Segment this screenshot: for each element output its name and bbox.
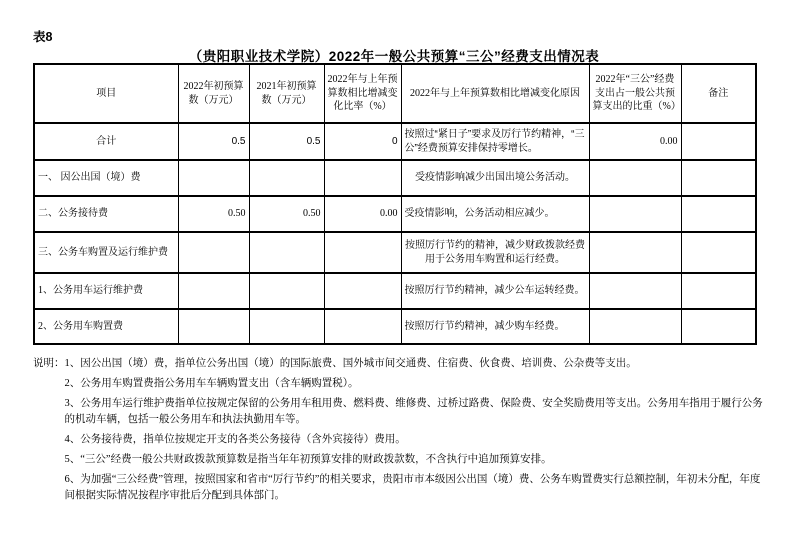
cell-budget-2021 [249, 232, 324, 273]
notes-label: 说明： [33, 356, 65, 371]
table-row-abroad-fee: 一、 因公出国（境）费 受疫情影响减少出国出境公务活动。 [34, 160, 756, 196]
column-header-item: 项目 [34, 64, 178, 123]
cell-share [589, 160, 681, 196]
cell-budget-2022 [178, 309, 249, 344]
cell-change-ratio [324, 309, 401, 344]
table-row-reception-fee: 二、公务接待费 0.50 0.50 0.00 受疫情影响，公务活动相应减少。 [34, 196, 756, 232]
table-row-vehicle-maintenance: 1、公务用车运行维护费 按照厉行节约精神，减少公车运转经费。 [34, 273, 756, 309]
cell-remark [681, 309, 756, 344]
cell-change-reason: 按照厉行节约精神，减少购车经费。 [401, 309, 589, 344]
cell-share [589, 232, 681, 273]
cell-item: 三、公务车购置及运行维护费 [34, 232, 178, 273]
cell-share: 0.00 [589, 123, 681, 160]
table-row-vehicle-total: 三、公务车购置及运行维护费 按照厉行节约的精神，减少财政拨款经费用于公务用车购置… [34, 232, 756, 273]
note-item-4: 4、公务接待费，指单位按规定开支的各类公务接待（含外宾接待）费用。 [65, 432, 764, 447]
note-item-3: 3、公务用车运行维护费指单位按规定保留的公务用车租用费、燃料费、维修费、过桥过路… [65, 396, 764, 426]
cell-change-ratio: 0 [324, 123, 401, 160]
cell-change-ratio [324, 160, 401, 196]
cell-remark [681, 273, 756, 309]
table-number-label: 表8 [33, 27, 52, 45]
cell-share [589, 196, 681, 232]
cell-remark [681, 196, 756, 232]
budget-table: 项目 2022年初预算数（万元） 2021年初预算数（万元） 2022年与上年预… [33, 63, 757, 345]
cell-item: 2、公务用车购置费 [34, 309, 178, 344]
column-header-budget-2022: 2022年初预算数（万元） [178, 64, 249, 123]
column-header-change-ratio: 2022年与上年预算数相比增减变化比率（%） [324, 64, 401, 123]
cell-budget-2021 [249, 273, 324, 309]
cell-item: 一、 因公出国（境）费 [34, 160, 178, 196]
cell-share [589, 273, 681, 309]
cell-change-ratio [324, 232, 401, 273]
cell-change-reason: 按照厉行节约精神，减少公车运转经费。 [401, 273, 589, 309]
cell-budget-2022 [178, 273, 249, 309]
note-item-6: 6、为加强“三公经费”管理，按照国家和省市“厉行节约”的相关要求，贵阳市市本级因… [65, 472, 764, 502]
cell-share [589, 309, 681, 344]
column-header-change-reason: 2022年与上年预算数相比增减变化原因 [401, 64, 589, 123]
cell-item: 合计 [34, 123, 178, 160]
cell-budget-2022: 0.5 [178, 123, 249, 160]
cell-change-ratio [324, 273, 401, 309]
cell-budget-2022: 0.50 [178, 196, 249, 232]
cell-budget-2021 [249, 309, 324, 344]
note-item-1: 1、因公出国（境）费，指单位公务出国（境）的国际旅费、国外城市间交通费、住宿费、… [65, 356, 764, 371]
cell-change-ratio: 0.00 [324, 196, 401, 232]
table-row-total: 合计 0.5 0.5 0 按照过“紧日子”要求及厉行节约精神，“三公”经费预算安… [34, 123, 756, 160]
cell-remark [681, 232, 756, 273]
table-header-row: 项目 2022年初预算数（万元） 2021年初预算数（万元） 2022年与上年预… [34, 64, 756, 123]
cell-budget-2021: 0.50 [249, 196, 324, 232]
column-header-remark: 备注 [681, 64, 756, 123]
cell-budget-2022 [178, 232, 249, 273]
cell-budget-2022 [178, 160, 249, 196]
cell-remark [681, 123, 756, 160]
page-title: （贵阳职业技术学院）2022年一般公共预算“三公”经费支出情况表 [33, 45, 755, 65]
document-page: 表8 （贵阳职业技术学院）2022年一般公共预算“三公”经费支出情况表 项目 2… [0, 0, 785, 555]
cell-item: 二、公务接待费 [34, 196, 178, 232]
column-header-budget-2021: 2021年初预算数（万元） [249, 64, 324, 123]
cell-budget-2021: 0.5 [249, 123, 324, 160]
notes-section: 说明： 1、因公出国（境）费，指单位公务出国（境）的国际旅费、国外城市间交通费、… [33, 356, 763, 508]
cell-change-reason: 按照过“紧日子”要求及厉行节约精神，“三公”经费预算安排保持零增长。 [401, 123, 589, 160]
cell-budget-2021 [249, 160, 324, 196]
cell-change-reason: 受疫情影响减少出国出境公务活动。 [401, 160, 589, 196]
note-item-5: 5、“三公”经费一般公共财政拨款预算数是指当年年初预算安排的财政拨款数，不含执行… [65, 452, 764, 467]
cell-item: 1、公务用车运行维护费 [34, 273, 178, 309]
cell-change-reason: 按照厉行节约的精神，减少财政拨款经费用于公务用车购置和运行经费。 [401, 232, 589, 273]
note-item-2: 2、公务用车购置费指公务用车车辆购置支出（含车辆购置税）。 [65, 376, 764, 391]
table-row-vehicle-purchase: 2、公务用车购置费 按照厉行节约精神，减少购车经费。 [34, 309, 756, 344]
cell-change-reason: 受疫情影响，公务活动相应减少。 [401, 196, 589, 232]
cell-remark [681, 160, 756, 196]
column-header-share: 2022年“三公”经费支出占一般公共预算支出的比重（%） [589, 64, 681, 123]
